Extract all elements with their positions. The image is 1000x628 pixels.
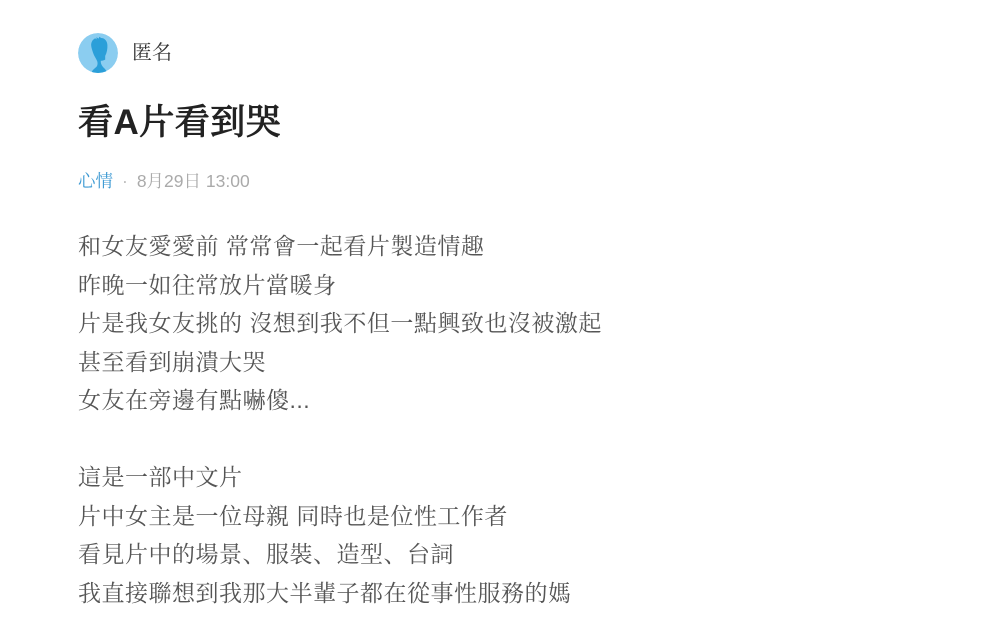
post-timestamp: 8月29日 13:00 [137, 169, 250, 193]
post-page: 匿名 看A片看到哭 心情 · 8月29日 13:00 和女友愛愛前 常常會一起看… [0, 0, 1000, 628]
post-body-line: 昨晚一如往常放片當暖身 [78, 266, 940, 305]
person-profile-icon [78, 33, 118, 73]
post-body-line: 這是一部中文片 [78, 458, 940, 497]
post-title: 看A片看到哭 [78, 100, 940, 145]
post-body-line: 我直接聯想到我那大半輩子都在從事性服務的媽 [78, 574, 940, 613]
post-body-line: 和女友愛愛前 常常會一起看片製造情趣 [78, 227, 940, 266]
author-name: 匿名 [132, 33, 172, 73]
post-body-line: 女友在旁邊有點嚇傻... [78, 381, 940, 420]
category-link[interactable]: 心情 [78, 169, 113, 193]
anonymous-avatar [78, 33, 118, 73]
post-meta: 心情 · 8月29日 13:00 [78, 169, 940, 193]
post-paragraph: 和女友愛愛前 常常會一起看片製造情趣 昨晚一如往常放片當暖身 片是我女友挑的 沒… [78, 227, 940, 420]
post-body-line: 看見片中的場景、服裝、造型、台詞 [78, 535, 940, 574]
post-body-line: 片是我女友挑的 沒想到我不但一點興致也沒被激起 [78, 304, 940, 343]
meta-separator-dot: · [122, 169, 128, 193]
post-body-line: 片中女主是一位母親 同時也是位性工作者 [78, 497, 940, 536]
post-paragraph: 這是一部中文片 片中女主是一位母親 同時也是位性工作者 看見片中的場景、服裝、造… [78, 458, 940, 612]
post-body: 和女友愛愛前 常常會一起看片製造情趣 昨晚一如往常放片當暖身 片是我女友挑的 沒… [78, 227, 940, 612]
post-body-line: 甚至看到崩潰大哭 [78, 343, 940, 382]
author-row: 匿名 [78, 33, 940, 73]
